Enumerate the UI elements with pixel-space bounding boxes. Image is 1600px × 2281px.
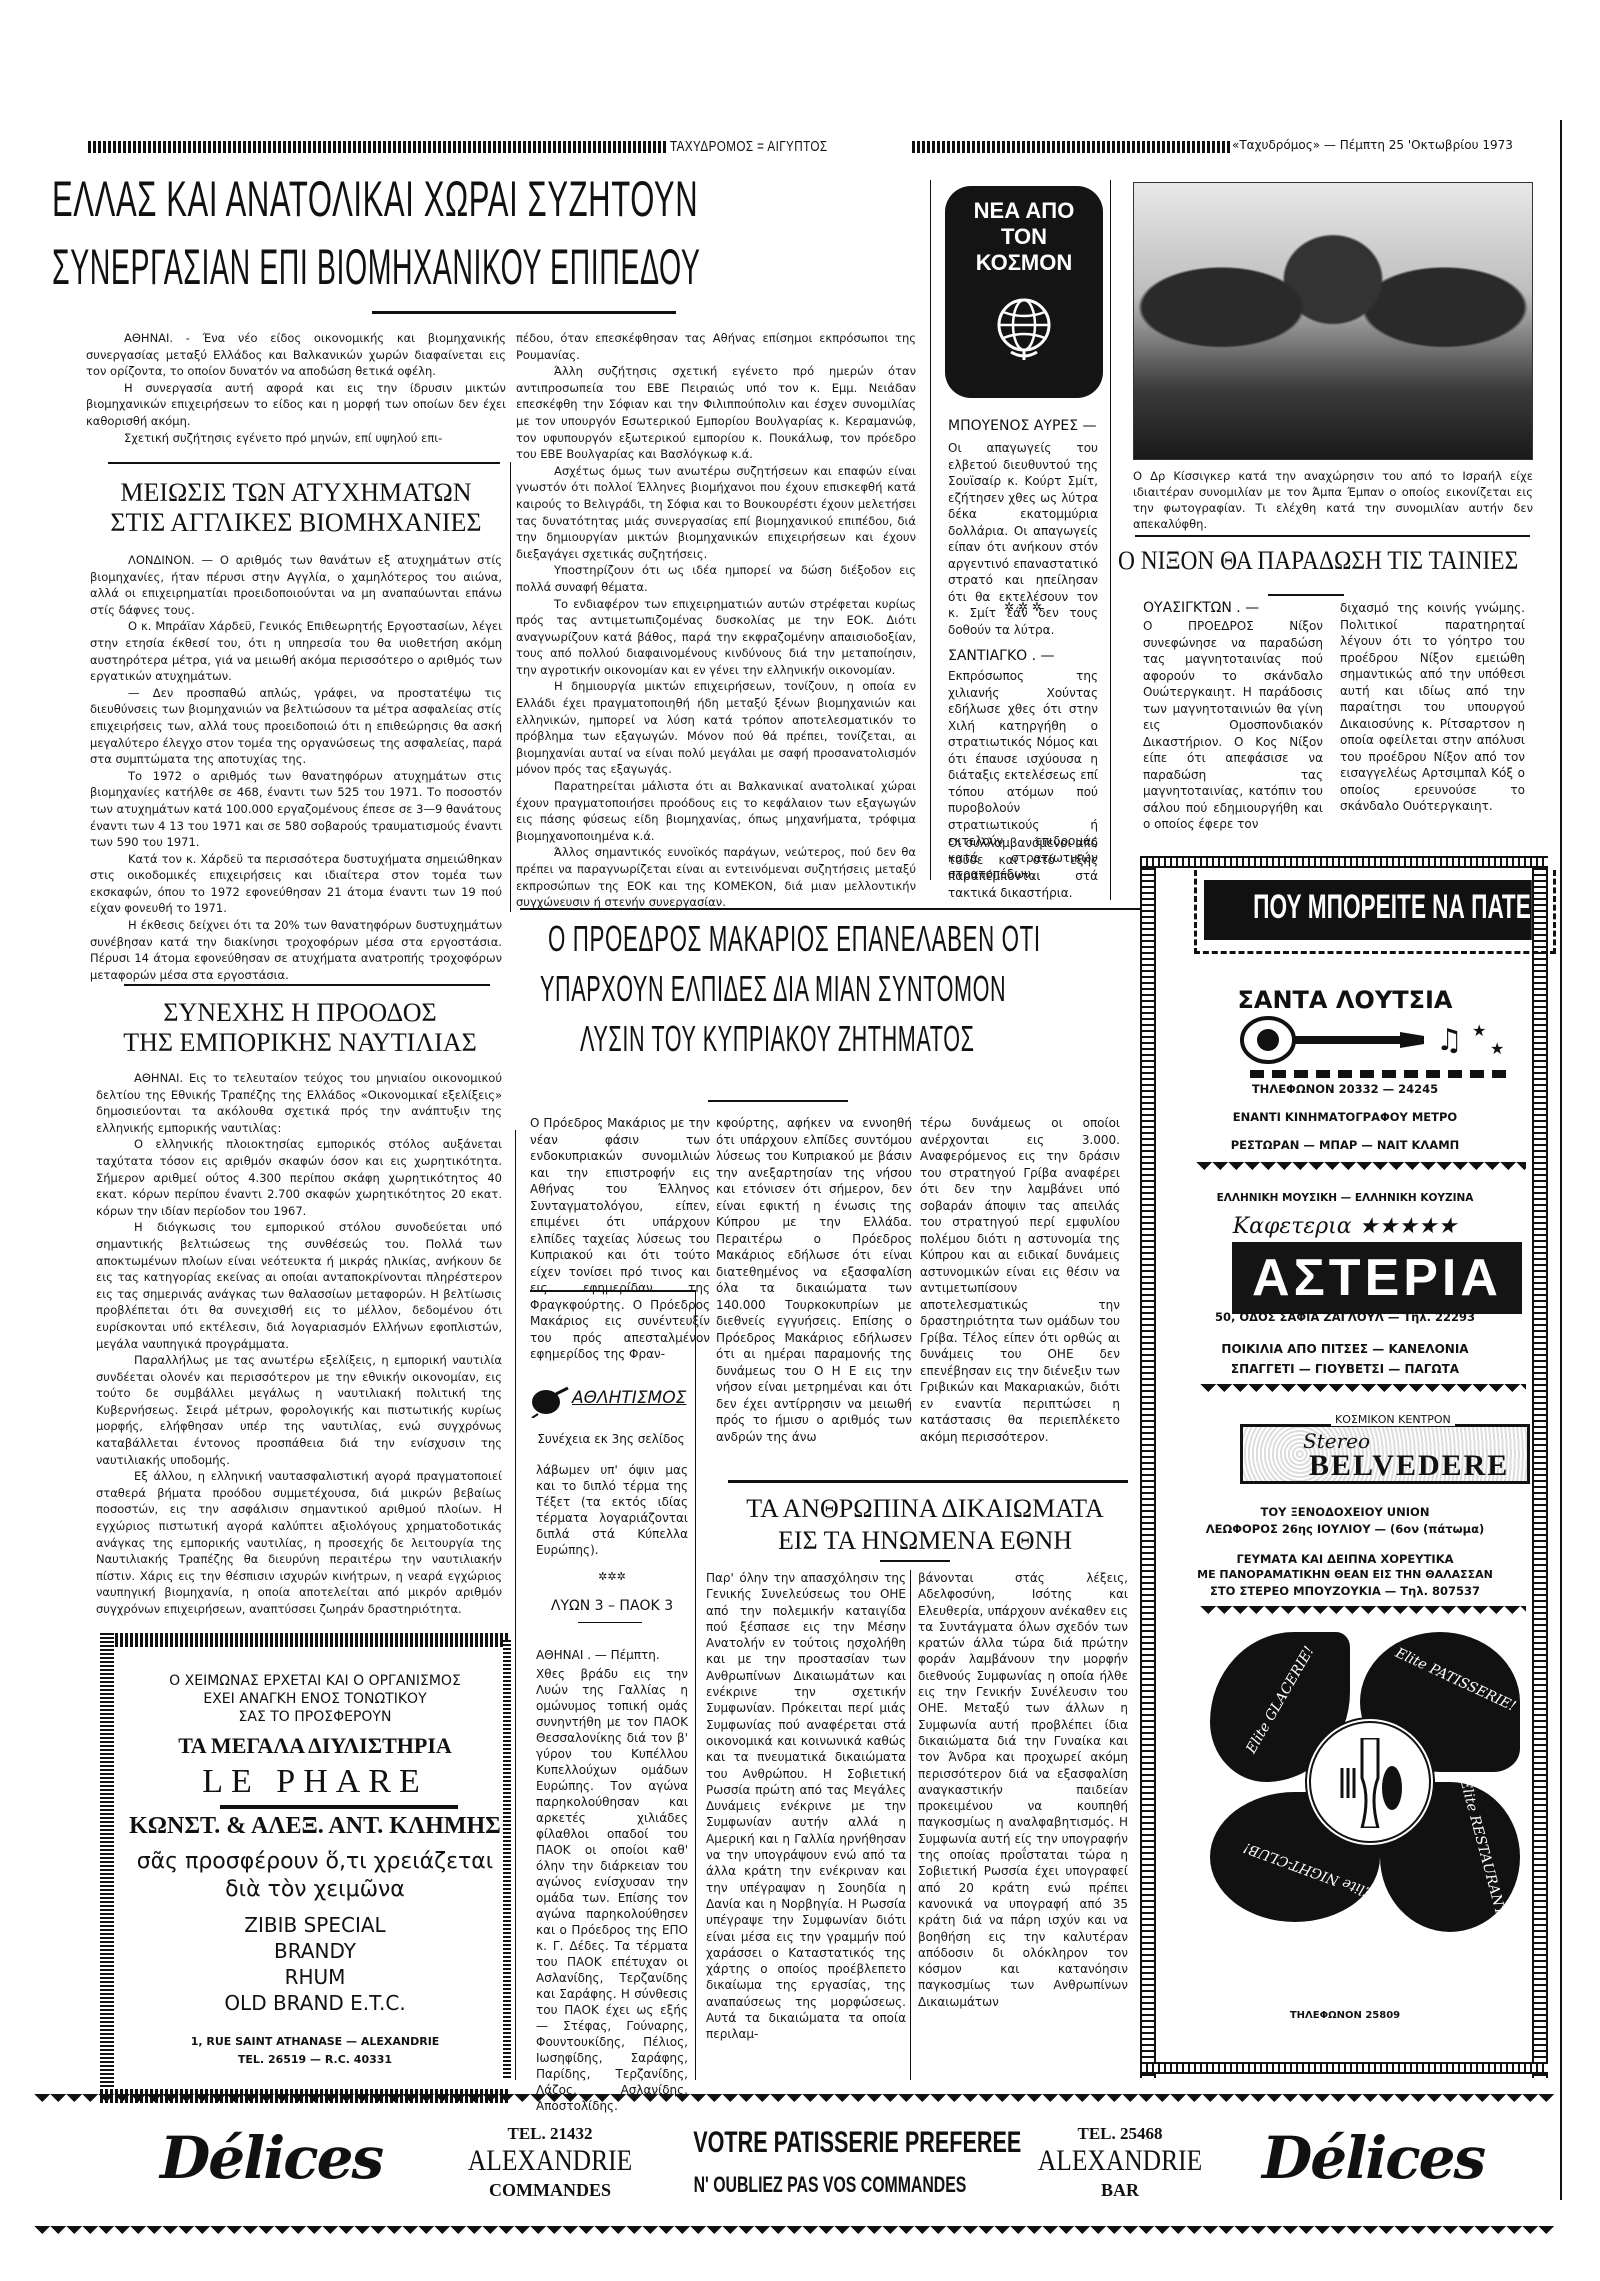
shipping-para: Εξ άλλου, η ελληνική ναυτασφαλιστική αγο… xyxy=(96,1468,502,1617)
bottom-zigzag xyxy=(34,2226,1554,2242)
lead-para: Το ενδιαφέρον των επιχειρηματιών αυτών σ… xyxy=(516,596,916,679)
sports-body1: λάβωμεν υπ' όψιν μας και το διπλό τέρμα … xyxy=(536,1462,688,1558)
santa-lucia-phone: ΤΗΛΕΦΩΝΟΝ 20332 — 24245 xyxy=(1160,1082,1530,1096)
sports-separator: ✲✲✲ xyxy=(536,1570,688,1583)
accidents-para: Η έκθεσις δείχνει ότι τα 20% των θανατηφ… xyxy=(90,917,502,983)
headline-underline xyxy=(1268,594,1344,596)
ad-text: OLD BRAND E.T.C. xyxy=(120,1991,510,2015)
elite-logo: Elite GLACERIE! Elite PATISSERIE! Elite … xyxy=(1210,1632,1520,1930)
makarios-headline-line2: ΥΠΑΡΧΟΥΝ ΕΛΠΙΔΕΣ ΔΙΑ ΜΙΑΝ ΣΥΝΤΟΜΟΝ xyxy=(540,968,1006,1010)
lead-col2: πέδου, όταν επεσκέφθησαν τας Αθήνας επίσ… xyxy=(516,330,916,911)
bottom-zigzag-top xyxy=(34,2094,1554,2110)
shipping-para: Η διόγκωσις του εμπορικού στόλου συνοδεύ… xyxy=(96,1219,502,1352)
lead-para: Ασχέτως όμως των ανωτέρω συζητήσεων και … xyxy=(516,463,916,563)
greek-key-border-right xyxy=(1532,868,1548,2078)
makarios-headline-line1: Ο ΠΡΟΕΔΡΟΣ ΜΑΚΑΡΙΟΣ ΕΠΑΝΕΛΑΒΕΝ ΟΤΙ xyxy=(548,918,1041,960)
nixon-col2: διχασμό της κοινής γνώμης. Πολιτικοί παρ… xyxy=(1340,600,1525,815)
column-divider xyxy=(515,1130,516,2080)
elite-phone: ΤΗΛΕΦΩΝΟΝ 25809 xyxy=(1160,2010,1530,2021)
world-news-item2-body2: Οι συλλαμβανόμενοι από τούδε και στό εξή… xyxy=(948,835,1098,901)
column-divider xyxy=(1110,180,1111,900)
accidents-body: ΛΟΝΔΙΝΟΝ. — Ο αριθμός των θανάτων εξ ατυ… xyxy=(90,552,502,983)
lead-para: Υποστηρίζουν ότι ως ιδέα ημπορεί να δώση… xyxy=(516,562,916,595)
asteria-name: ΑΣΤΕΡΙΑ xyxy=(1232,1248,1522,1308)
belvedere-kicker: ΚΟΣΜΙΚΟΝ ΚΕΝΤΡΟΝ xyxy=(1331,1413,1455,1426)
belvedere-address: ΛΕΩΦΟΡΟΣ 26ης ΙΟΥΛΙΟΥ — (6ον (πάτωμα) xyxy=(1160,1522,1530,1536)
ad-border-left xyxy=(100,1633,114,2103)
dotted-divider xyxy=(1250,1070,1510,1078)
section-rule xyxy=(728,1480,1128,1483)
world-news-title: ΤΟΝ xyxy=(945,224,1103,250)
shipping-para: ΑΘΗΝΑΙ. Εις το τελευταίον τεύχος του μην… xyxy=(96,1070,502,1136)
lead-para: Η δημιουργία μικτών επιχειρήσεων, τονίζο… xyxy=(516,678,916,778)
kissinger-eban-photo xyxy=(1133,182,1533,460)
belvedere-line2: ΜΕ ΠΑΝΟΡΑΜΑΤΙΚΗΝ ΘΕΑΝ ΕΙΣ ΤΗΝ ΘΑΛΑΣΣΑΝ xyxy=(1160,1568,1530,1581)
asteria-menu2: ΣΠΑΓΓΕΤΙ — ΓΙΟΥΒΕΤΣΙ — ΠΑΓΩΤΑ xyxy=(1160,1362,1530,1376)
lead-col1: ΑΘΗΝΑΙ. - Ένα νέο είδος οικονομικής και … xyxy=(86,330,506,446)
makarios-headline-line3: ΛΥΣΙΝ ΤΟΥ ΚΥΠΡΙΑΚΟΥ ΖΗΤΗΜΑΤΟΣ xyxy=(580,1018,975,1060)
accidents-para: Το 1972 ο αριθμός των θανατηφόρων ατυχημ… xyxy=(90,768,502,851)
zigzag-divider xyxy=(1200,1384,1526,1400)
lead-para: Άλλος σημαντικός ευνοϊκός παράγων, νεώτε… xyxy=(516,844,916,910)
accidents-para: Ο κ. Μπράϊαν Χάρδεϋ, Γενικός Επιθεωρητής… xyxy=(90,618,502,684)
column-divider xyxy=(910,1570,911,2080)
asteria-menu1: ΠΟΙΚΙΛΙΑ ΑΠΟ ΠΙΤΣΕΣ — ΚΑΝΕΛΟΝΙΑ xyxy=(1160,1342,1530,1356)
column-divider xyxy=(930,180,931,880)
delices-center-line2: N' OUBLIEZ PAS VOS COMMANDES xyxy=(679,2172,981,2198)
ad-border-top xyxy=(100,1633,510,1647)
ad-text: Ο ΧΕΙΜΩΝΑΣ ΕΡΧΕΤΑΙ ΚΑΙ Ο ΟΡΓΑΝΙΣΜΟΣ xyxy=(120,1673,510,1689)
sports-dateline: ΑΘΗΝΑΙ . — Πέμπτη. xyxy=(536,1648,660,1662)
ad-text: διὰ τὸν χειμῶνα xyxy=(120,1877,510,1902)
section-rule xyxy=(108,462,500,464)
greek-key-border-bottom xyxy=(1140,2062,1548,2074)
lephare-ad: Ο ΧΕΙΜΩΝΑΣ ΕΡΧΕΤΑΙ ΚΑΙ Ο ΟΡΓΑΝΙΣΜΟΣ ΕΧΕΙ… xyxy=(100,1633,510,2103)
delices-right-city: ALEXANDRIE xyxy=(1027,2144,1214,2178)
brand-underline xyxy=(220,1805,458,1809)
lead-headline-underline xyxy=(372,311,676,314)
ad-text: 1, RUE SAINT ATHANASE — ALEXANDRIE xyxy=(120,2035,510,2048)
lephare-brand: LE PHARE xyxy=(120,1763,510,1801)
human-rights-headline-line1: ΤΑ ΑΝΘΡΩΠΙΝΑ ΔΙΚΑΙΩΜΑΤΑ xyxy=(700,1494,1150,1524)
delices-center-line1: VOTRE PATISSERIE PREFEREE xyxy=(693,2126,967,2160)
shipping-headline-line2: ΤΗΣ ΕΜΠΟΡΙΚΗΣ ΝΑΥΤΙΛΙΑΣ xyxy=(90,1028,510,1058)
asteria-script: Καφετερια ★★★★★ xyxy=(1160,1214,1530,1239)
ad-text: ΣΑΣ ΤΟ ΠΡΟΣΦΕΡΟΥΝ xyxy=(120,1709,510,1725)
shipping-body: ΑΘΗΝΑΙ. Εις το τελευταίον τεύχος του μην… xyxy=(96,1070,502,1618)
delices-right-sub: BAR xyxy=(1020,2180,1220,2201)
world-news-item1-dateline: ΜΠΟΥΕΝΟΣ ΑΥΡΕΣ — xyxy=(948,418,1097,434)
asteria-logo: ΑΣΤΕΡΙΑ xyxy=(1232,1242,1522,1314)
delices-left-sub: COMMANDES xyxy=(440,2180,660,2201)
shipping-para: Παραλλήλως με τας ανωτέρω εξελίξεις, η ε… xyxy=(96,1352,502,1468)
masthead-title: ΤΑΧΥΔΡΟΜΟΣ = ΑΙΓΥΠΤΟΣ xyxy=(670,138,828,155)
delices-left-city: ALEXANDRIE xyxy=(457,2144,644,2178)
world-news-title: ΝΕΑ ΑΠΟ xyxy=(945,198,1103,224)
shipping-para: Ο ελληνικής πλοιοκτησίας εμπορικός στόλο… xyxy=(96,1136,502,1219)
globe-icon xyxy=(993,294,1055,364)
lead-para: Σχετική συζήτησις εγένετο πρό μηνών, επί… xyxy=(86,430,506,447)
lead-headline-line1: ΕΛΛΑΣ ΚΑΙ ΑΝΑΤΟΛΙΚΑΙ ΧΩΡΑΙ ΣΥΖΗΤΟΥΝ xyxy=(52,170,698,228)
svg-text:★: ★ xyxy=(1490,1039,1504,1058)
ad-text: ΚΩΝΣΤ. & ΑΛΕΞ. ΑΝΤ. ΚΛΗΜΗΣ xyxy=(120,1813,510,1840)
makarios-col2: κφούρτης, αφήκεν να εννοηθή ότι υπάρχουν… xyxy=(716,1115,912,1445)
accidents-para: Κατά τον κ. Χάρδεϋ τα περισσότερα δυστυχ… xyxy=(90,851,502,917)
lead-headline-line2: ΣΥΝΕΡΓΑΣΙΑΝ ΕΠΙ ΒΙΟΜΗΧΑΝΙΚΟΥ ΕΠΙΠΕΔΟΥ xyxy=(52,238,700,296)
ad-text: σᾶς προσφέρουν ὅ,τι χρειάζεται xyxy=(120,1849,510,1874)
world-news-box: ΝΕΑ ΑΠΟ ΤΟΝ ΚΟΣΜΟΝ xyxy=(945,186,1103,398)
section-rule xyxy=(124,984,490,986)
delices-left-tel: TEL. 21432 xyxy=(440,2124,660,2144)
headline-underline xyxy=(578,1622,642,1623)
bouzouki-icon: ♫ ★ ★ xyxy=(1240,1010,1510,1070)
svg-text:★: ★ xyxy=(1472,1021,1486,1040)
section-rule xyxy=(530,1290,696,1292)
accidents-para: ΛΟΝΔΙΝΟΝ. — Ο αριθμός των θανάτων εξ ατυ… xyxy=(90,552,502,618)
belvedere-line3: ΣΤΟ ΣΤΕΡΕΟ ΜΠΟΥΖΟΥΚΙΑ — Τηλ. 807537 xyxy=(1160,1584,1530,1598)
svg-text:♫: ♫ xyxy=(1436,1023,1463,1058)
zigzag-divider xyxy=(1196,1162,1526,1178)
ad-text: RHUM xyxy=(120,1965,510,1989)
nixon-dateline: ΟΥΑΣΙΓΚΤΩΝ . — xyxy=(1143,600,1259,616)
section-rule xyxy=(1135,535,1530,537)
sports-continuation: Συνέχεια εκ 3ης σελίδος xyxy=(536,1432,686,1446)
sports-margin-bar xyxy=(503,1640,511,2080)
world-news-item2-dateline: ΣΑΝΤΙΑΓΚΟ . — xyxy=(948,648,1055,664)
greek-key-border-top xyxy=(1140,856,1548,868)
santa-lucia-location: ΕΝΑΝΤΙ ΚΙΝΗΜΑΤΟΓΡΑΦΟΥ ΜΕΤΡΟ xyxy=(1160,1110,1530,1124)
nixon-headline: Ο ΝΙΞΟΝ ΘΑ ΠΑΡΑΔΩΣΗ ΤΙΣ ΤΑΙΝΙΕΣ xyxy=(1118,546,1505,576)
sports-score-headline: ΛΥΩΝ 3 – ΠΑΟΚ 3 xyxy=(536,1598,688,1614)
banner-dashed-frame xyxy=(1194,870,1556,954)
world-news-title: ΚΟΣΜΟΝ xyxy=(945,250,1103,276)
greek-key-border-left xyxy=(1140,868,1156,2078)
accidents-headline-line1: ΜΕΙΩΣΙΣ ΤΩΝ ΑΤΥΧΗΜΑΤΩΝ xyxy=(86,478,506,508)
ad-text: ΤΑ ΜΕΓΑΛΑ ΔΙΥΛΙΣΤΗΡΙΑ xyxy=(120,1733,510,1759)
column-divider xyxy=(510,462,511,912)
human-rights-headline-line2: ΕΙΣ ΤΑ ΗΝΩΜΕΝΑ ΕΘΝΗ xyxy=(700,1526,1150,1556)
lead-para: πέδου, όταν επεσκέφθησαν τας Αθήνας επίσ… xyxy=(516,330,916,363)
footballer-icon xyxy=(530,1384,570,1418)
nixon-col1: Ο ΠΡΟΕΔΡΟΣ Νίξον συνεφώνησε να παραδώση … xyxy=(1143,618,1323,833)
makarios-col1: Ο Πρόεδρος Μακάριος με την νέαν φάσιν τω… xyxy=(530,1115,710,1363)
zigzag-divider xyxy=(1200,1606,1526,1622)
sports-body2: Χθες βράδυ εις την Λυών της Γαλλίας η ομ… xyxy=(536,1666,688,2114)
column-divider xyxy=(695,1290,696,2080)
ad-text: BRANDY xyxy=(120,1939,510,1963)
photo-caption: Ο Δρ Κίσσιγκερ κατά την αναχώρησιν του α… xyxy=(1133,468,1533,532)
accidents-para: — Δεν προσπαθώ απλώς, γράφει, να προστατ… xyxy=(90,685,502,768)
belvedere-logo: ΚΟΣΜΙΚΟΝ ΚΕΝΤΡΟΝ Stereo BELVEDERE xyxy=(1240,1424,1530,1484)
ad-text: ZIBIB SPECIAL xyxy=(120,1913,510,1937)
section-rule xyxy=(520,908,1140,910)
asteria-address: 50, ΟΔΟΣ ΣΑΦΙΑ ΖΑΓΛΟΥΛ — Τηλ. 22293 xyxy=(1160,1310,1530,1324)
masthead-rule-right xyxy=(912,141,1230,153)
masthead-dateline: «Ταχυδρόμος» — Πέμπτη 25 'Οκτωβρίου 1973 xyxy=(1232,138,1513,152)
asteria-tagline: ΕΛΛΗΝΙΚΗ ΜΟΥΣΙΚΗ — ΕΛΛΗΝΙΚΗ ΚΟΥΖΙΝΑ xyxy=(1160,1192,1530,1204)
lead-para: Η συνεργασία αυτή αφορά και εις την ίδρυ… xyxy=(86,380,506,430)
right-border xyxy=(1560,120,1562,2200)
headline-underline xyxy=(708,1100,848,1102)
human-rights-col2: βάνονται στάς λέξεις, Αδελφοσύνη, Ισότης… xyxy=(918,1570,1128,2010)
ad-text: ΕΧΕΙ ΑΝΑΓΚΗ ΕΝΟΣ ΤΟΝΩΤΙΚΟΥ xyxy=(120,1691,510,1707)
belvedere-hotel: ΤΟΥ ΞΕΝΟΔΟΧΕΙΟΥ UNION xyxy=(1160,1505,1530,1519)
delices-logo-right: Délices xyxy=(1262,2124,1484,2192)
delices-right-tel: TEL. 25468 xyxy=(1020,2124,1220,2144)
santa-lucia-services: ΡΕΣΤΩΡΑΝ — ΜΠΑΡ — ΝΑΙΤ ΚΛΑΜΠ xyxy=(1160,1138,1530,1152)
accidents-headline-line2: ΣΤΙΣ ΑΓΓΛΙΚΕΣ ΒΙΟΜΗΧΑΝΙΕΣ xyxy=(86,508,506,538)
shipping-headline-line1: ΣΥΝΕΧΗΣ Η ΠΡΟΟΔΟΣ xyxy=(90,998,510,1028)
world-news-separator: ✲ ✲ ✲ xyxy=(948,600,1098,614)
makarios-col3: τέρω δυνάμεως οι οποίοι ανέρχονται εις 3… xyxy=(920,1115,1120,1445)
ad-text: TEL. 26519 — R.C. 40331 xyxy=(120,2053,510,2066)
lead-para: Παρατηρείται μάλιστα ότι αι Βαλκανικαί α… xyxy=(516,778,916,844)
headline-underline xyxy=(880,1560,950,1562)
delices-logo-left: Délices xyxy=(160,2124,382,2192)
masthead-rule-left xyxy=(88,141,666,153)
sports-title: ΑΘΛΗΤΙΣΜΟΣ xyxy=(572,1388,686,1408)
human-rights-col1: Παρ' όλην την απασχόλησιν της Γενικής Συ… xyxy=(706,1570,906,2043)
lead-para: ΑΘΗΝΑΙ. - Ένα νέο είδος οικονομικής και … xyxy=(86,330,506,380)
sports-section-header: ΑΘΛΗΤΙΣΜΟΣ xyxy=(530,1382,690,1422)
lead-para: Άλλη συζήτησις σχετική εγένετο πρό ημερώ… xyxy=(516,363,916,463)
cutlery-icon xyxy=(1336,1738,1404,1828)
belvedere-name: BELVEDERE xyxy=(1309,1449,1509,1483)
belvedere-line1: ΓΕΥΜΑΤΑ ΚΑΙ ΔΕΙΠΝΑ ΧΟΡΕΥΤΙΚΑ xyxy=(1160,1552,1530,1566)
